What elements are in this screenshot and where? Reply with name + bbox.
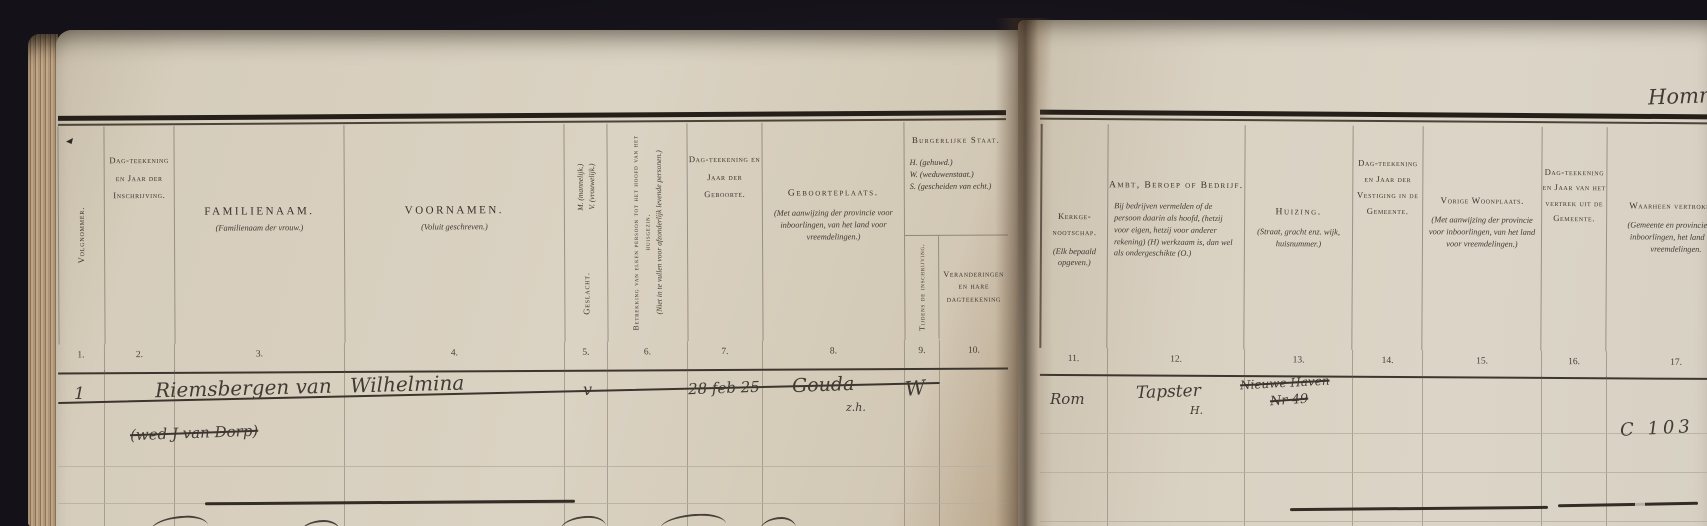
volgnommer-vertical-wrap: Volgnommer. [58, 132, 104, 338]
betrekking-text: Betrekking van elken persoon tot het hoo… [630, 129, 666, 335]
col-header-waarheen: Waarheen vertrokken. (Gemeente en provin… [1606, 127, 1707, 352]
entry-beroep-code: H. [1190, 404, 1203, 417]
legend-gescheiden: S. (gescheiden van echt.) [910, 181, 1008, 194]
colnum-1: 1. [58, 344, 105, 372]
entry-burgerlijke-staat: W [904, 375, 927, 401]
entry-geboorteplaats-provincie: z.h. [846, 401, 866, 414]
entry-familienaam: Riemsbergen van [155, 374, 332, 403]
entry-geboorte-datum: 28 feb 25 [688, 378, 760, 398]
col-header-burgerlijke-staat-group: Burgerlijke Staat. H. (gehuwd.) W. (wedu… [904, 122, 1008, 341]
row-rule [58, 466, 1008, 467]
col-sub-kerkgenootschap: (Elk bepaald opgeven.) [1042, 246, 1107, 270]
col-header-kerkgenootschap: Kerkge-nootschap. (Elk bepaald opgeven.) [1039, 124, 1108, 348]
col-header-geboorteplaats: Geboorteplaats. (Met aanwijzing der prov… [762, 122, 905, 341]
col-header-geslacht: M. (mannelijk.) V. (vrouwelijk.) Geslach… [564, 124, 608, 342]
col-header-vorige-woonplaats: Vorige Woonplaats. (Met aanwijzing der p… [1422, 126, 1542, 351]
col-sub-beroep: Bij bedrijven vermelden of de persoon da… [1108, 200, 1244, 260]
col-title-familienaam: Familienaam. [174, 125, 343, 218]
colnum-10: 10. [940, 340, 1008, 368]
entry-kerkgenootschap: Rom [1050, 390, 1085, 408]
col-title-geboorte-datum: Dag-teekening en Jaar der Geboorte. [687, 123, 761, 204]
colnum-11: 11. [1040, 348, 1108, 374]
burgerlijke-staat-subcolumns: Tijdens de inschrijving. Veranderingen e… [905, 236, 1009, 340]
entry-voornamen: Wilhelmina [350, 371, 465, 398]
col-title-huizing: Huizing. [1245, 125, 1353, 222]
col-sub-huizing: (Straat, gracht enz. wijk, huisnummer.) [1245, 226, 1352, 250]
geslacht-legend-wrap: M. (mannelijk.) V. (vrouwelijk.) [564, 128, 607, 246]
photo-of-population-register: Homme Volgnommer. Dag-teekening en Jaar … [0, 0, 1707, 526]
colnum-5: 5. [565, 342, 608, 370]
burgerlijke-staat-title: Burgerlijke Staat. [904, 132, 1007, 149]
subcol-title-tijdens: Tijdens de inschrijving. [916, 242, 928, 333]
col-header-betrekking: Betrekking van elken persoon tot het hoo… [607, 123, 688, 341]
entry-geboorteplaats: Gouda [792, 373, 855, 397]
book-page-stack-edge [28, 34, 58, 526]
col-header-geboorte-datum: Dag-teekening en Jaar der Geboorte. [687, 123, 763, 341]
colnum-16: 16. [1542, 351, 1607, 377]
subcol-title-veranderingen: Veranderingen en hare dagteekening [939, 269, 1008, 306]
col-header-beroep: Ambt, Beroep of Bedrijf. Bij bedrijven v… [1107, 124, 1245, 349]
col-title-geslacht: Geslacht. [580, 252, 593, 336]
col-title-kerkgenootschap: Kerkge-nootschap. [1042, 124, 1108, 241]
entry-geslacht: v [583, 380, 592, 399]
col-header-inschrijving: Dag-teekening en Jaar der Inschrijving. [104, 126, 175, 344]
entry-beroep: Tapster [1136, 381, 1201, 403]
col-title-voornamen: Voornamen. [344, 124, 563, 217]
col-title-vertrek: Dag-teekening en Jaar van het vertrek ui… [1542, 127, 1607, 227]
col-header-volgnommer: Volgnommer. [57, 126, 105, 344]
row-rule [1040, 433, 1707, 434]
left-page-header-row: Volgnommer. Dag-teekening en Jaar der In… [57, 122, 1008, 345]
geslacht-title-wrap: Geslacht. [565, 252, 607, 336]
col-sub-vorige-woonplaats: (Met aanwijzing der provincie voor inboo… [1423, 214, 1541, 250]
colnum-4: 4. [345, 342, 565, 371]
betrekking-vertical-wrap: Betrekking van elken persoon tot het hoo… [607, 129, 687, 335]
data-cell [1423, 376, 1542, 526]
col-title-vorige-woonplaats: Vorige Woonplaats. [1423, 126, 1542, 210]
col-sub-voornamen: (Voluit geschreven.) [345, 221, 564, 234]
legend-weduwenstaat: W. (weduwenstaat.) [910, 169, 1008, 182]
subcol-tijdens-inschrijving: Tijdens de inschrijving. [905, 236, 940, 339]
col-header-vestiging: Dag-teekening en Jaar der Vestiging in d… [1352, 126, 1423, 350]
right-page-header-row: Kerkge-nootschap. (Elk bepaald opgeven.)… [1039, 124, 1707, 352]
entry-volgnommer: 1 [74, 384, 85, 404]
colnum-15: 15. [1423, 350, 1542, 377]
geslacht-legend: M. (mannelijk.) V. (vrouwelijk.) [574, 128, 597, 246]
legend-gehuwd: H. (gehuwd.) [910, 156, 1008, 169]
entry-waarheen: C 103 [1620, 416, 1695, 441]
colnum-2: 2. [105, 344, 175, 372]
entry-huizing-nummer: Nr 49 [1270, 392, 1309, 410]
geslacht-legend-v: V. (vrouwelijk.) [585, 128, 597, 246]
colnum-7: 7. [688, 341, 763, 369]
tijdens-vertical-wrap: Tijdens de inschrijving. [905, 242, 938, 333]
colnum-9: 9. [905, 340, 940, 368]
row-rule [1040, 472, 1707, 473]
burgerlijke-staat-top: Burgerlijke Staat. H. (gehuwd.) W. (wedu… [904, 122, 1008, 237]
col-header-huizing: Huizing. (Straat, gracht enz. wijk, huis… [1244, 125, 1353, 350]
colnum-3: 3. [175, 343, 345, 372]
colnum-17: 17. [1607, 351, 1707, 378]
col-header-voornamen: Voornamen. (Voluit geschreven.) [344, 124, 565, 343]
col-sub-waarheen: (Gemeente en provincie voor inboorlingen… [1607, 219, 1707, 255]
colnum-13: 13. [1245, 349, 1353, 376]
subcol-veranderingen: Veranderingen en hare dagteekening [939, 236, 1009, 339]
row-rule [58, 503, 1008, 504]
colnum-14: 14. [1353, 350, 1423, 376]
col-title-inschrijving: Dag-teekening en Jaar der Inschrijving. [104, 126, 173, 205]
col-title-vestiging: Dag-teekening en Jaar der Vestiging in d… [1353, 126, 1423, 220]
col-title-beroep: Ambt, Beroep of Bedrijf. [1108, 124, 1244, 195]
col-title-waarheen: Waarheen vertrokken. [1607, 127, 1707, 215]
col-title-geboorteplaats: Geboorteplaats. [762, 122, 903, 203]
geslacht-legend-m: M. (mannelijk.) [574, 128, 586, 246]
burgerlijke-staat-legend: H. (gehuwd.) W. (weduwenstaat.) S. (gesc… [905, 148, 1008, 193]
data-cell [1353, 376, 1423, 526]
col-title-betrekking: Betrekking van elken persoon tot het hoo… [630, 129, 654, 335]
colnum-12: 12. [1108, 348, 1245, 375]
page-title-handwritten: Homme [1648, 83, 1707, 110]
colnum-8: 8. [763, 340, 905, 369]
colnum-6: 6. [608, 341, 688, 369]
col-title-volgnommer: Volgnommer. [75, 132, 89, 338]
row-rule [1040, 521, 1707, 522]
col-sub-geboorteplaats: (Met aanwijzing der provincie voor inboo… [763, 207, 904, 243]
col-header-familienaam: Familienaam. (Familienaam der vrouw.) [174, 125, 345, 344]
col-header-vertrek: Dag-teekening en Jaar van het vertrek ui… [1541, 127, 1607, 351]
col-sub-betrekking: (Niet in te vullen voor afzonderlijk lev… [653, 129, 665, 335]
col-sub-familienaam: (Familienaam der vrouw.) [175, 222, 344, 235]
